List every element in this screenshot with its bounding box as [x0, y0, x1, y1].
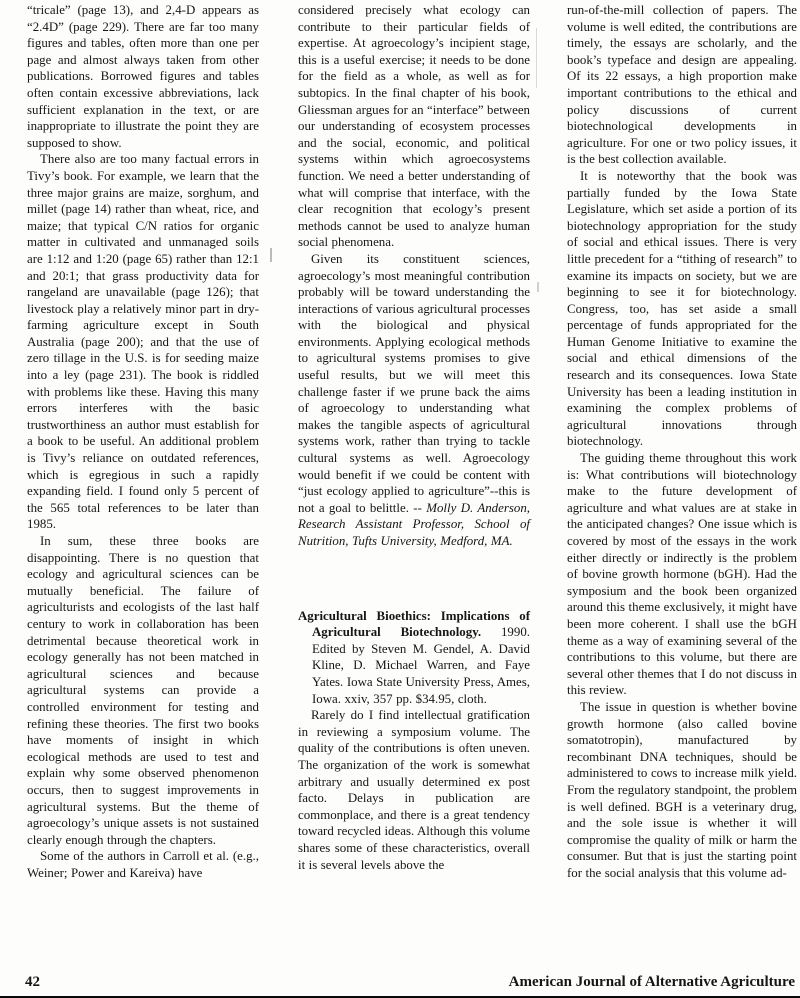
review-paragraph: The issue in question is whether bovine … — [567, 699, 797, 882]
scan-artifact — [537, 282, 539, 292]
review-paragraph: It is noteworthy that the book was parti… — [567, 168, 797, 450]
page-number: 42 — [25, 974, 40, 991]
scan-artifact — [270, 248, 272, 262]
scan-artifact — [536, 28, 537, 88]
book-citation: Agricultural Bioethics: Implications of … — [298, 608, 530, 708]
review-paragraph-with-signature: Given its constituent sciences, agroecol… — [298, 251, 530, 550]
review-paragraph: considered precisely what ecology can co… — [298, 2, 530, 251]
review-paragraph: “tricale” (page 13), and 2,4-D appears a… — [27, 2, 259, 151]
review-paragraph: In sum, these three books are disappoint… — [27, 533, 259, 848]
review-paragraph: Some of the authors in Carroll et al. (e… — [27, 848, 259, 881]
review-paragraph: run-of-the-mill collection of papers. Th… — [567, 2, 797, 168]
review-paragraph: The guiding theme throughout this work i… — [567, 450, 797, 699]
journal-page: “tricale” (page 13), and 2,4-D appears a… — [0, 0, 800, 998]
text-column-left: “tricale” (page 13), and 2,4-D appears a… — [27, 2, 259, 881]
page-footer: 42 American Journal of Alternative Agric… — [25, 974, 795, 991]
journal-title: American Journal of Alternative Agricult… — [509, 974, 795, 991]
review-paragraph: There also are too many factual errors i… — [27, 151, 259, 533]
review-paragraph: Rarely do I find intellectual gratificat… — [298, 707, 530, 873]
text-column-right: run-of-the-mill collection of papers. Th… — [567, 2, 797, 881]
text-column-middle: considered precisely what ecology can co… — [298, 2, 530, 873]
